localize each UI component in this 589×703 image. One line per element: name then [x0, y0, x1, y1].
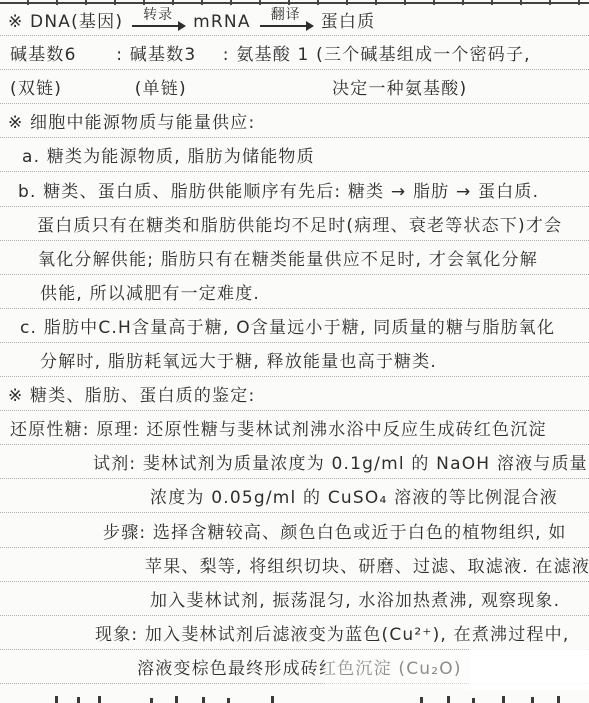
note-line: 蛋白质只有在糖类和脂肪供能均不足时(病理、衰老等状态下)才会	[0, 213, 589, 241]
translation-arrow: 翻译	[260, 8, 312, 35]
note-line: 供能, 所以减肥有一定难度.	[0, 281, 589, 309]
note-line: a. 糖类为能源物质, 脂肪为储能物质	[0, 144, 589, 172]
transcription-arrow-label: 转录	[143, 8, 173, 22]
flow-end-text: 蛋白质	[321, 9, 376, 35]
previous-line-remnant	[0, 0, 589, 5]
note-line: ※ 细胞中能源物质与能量供应:	[0, 110, 589, 138]
note-line: b. 糖类、蛋白质、脂肪供能顺序有先后: 糖类 → 脂肪 → 蛋白质.	[0, 179, 589, 207]
note-line: 苹果、梨等, 将组织切块、研磨、过滤、取滤液. 在滤液中	[0, 554, 589, 582]
note-line: (双链) (单链) 决定一种氨基酸)	[0, 76, 589, 104]
flow-middle-text: mRNA	[193, 9, 251, 35]
dna-flow-line: ※ DNA(基因) 转录 mRNA 翻译 蛋白质	[0, 8, 589, 36]
next-line-remnant	[55, 696, 58, 703]
flow-start-text: ※ DNA(基因)	[8, 9, 123, 35]
right-arrow-icon	[132, 25, 184, 27]
transcription-arrow: 转录	[132, 8, 184, 35]
note-line: c. 脂肪中C.H含量高于糖, O含量远小于糖, 同质量的糖与脂肪氧化	[0, 315, 589, 343]
handwritten-notes-page: ※ DNA(基因) 转录 mRNA 翻译 蛋白质 碱基数6 : 碱基数3 : 氨…	[0, 0, 589, 703]
note-line: 加入斐林试剂, 振荡混匀, 水浴加热煮沸, 观察现象.	[0, 588, 589, 616]
note-line: 碱基数6 : 碱基数3 : 氨基酸 1 (三个碱基组成一个密码子,	[0, 42, 589, 70]
note-line: 试剂: 斐林试剂为质量浓度为 0.1g/ml 的 NaOH 溶液与质量	[0, 451, 589, 479]
note-line: 现象: 加入斐林试剂后滤液变为蓝色(Cu²⁺), 在煮沸过程中,	[0, 622, 589, 650]
note-line: 还原性糖: 原理: 还原性糖与斐林试剂沸水浴中反应生成砖红色沉淀	[0, 417, 589, 445]
note-line: 步骤: 选择含糖较高、颜色白色或近于白色的植物组织, 如	[0, 520, 589, 548]
right-arrow-icon	[260, 25, 312, 27]
note-line: 氧化分解供能; 脂肪只有在糖类能量供应不足时, 才会氧化分解	[0, 247, 589, 275]
note-line: 分解时, 脂肪耗氧远大于糖, 释放能量也高于糖类.	[0, 349, 589, 377]
note-line: 浓度为 0.05g/ml 的 CuSO₄ 溶液的等比例混合液	[0, 485, 589, 513]
note-line: 溶液变棕色最终形成砖红色沉淀 (Cu₂O)	[0, 656, 589, 684]
note-line: ※ 糖类、脂肪、蛋白质的鉴定:	[0, 383, 589, 411]
translation-arrow-label: 翻译	[271, 8, 301, 22]
